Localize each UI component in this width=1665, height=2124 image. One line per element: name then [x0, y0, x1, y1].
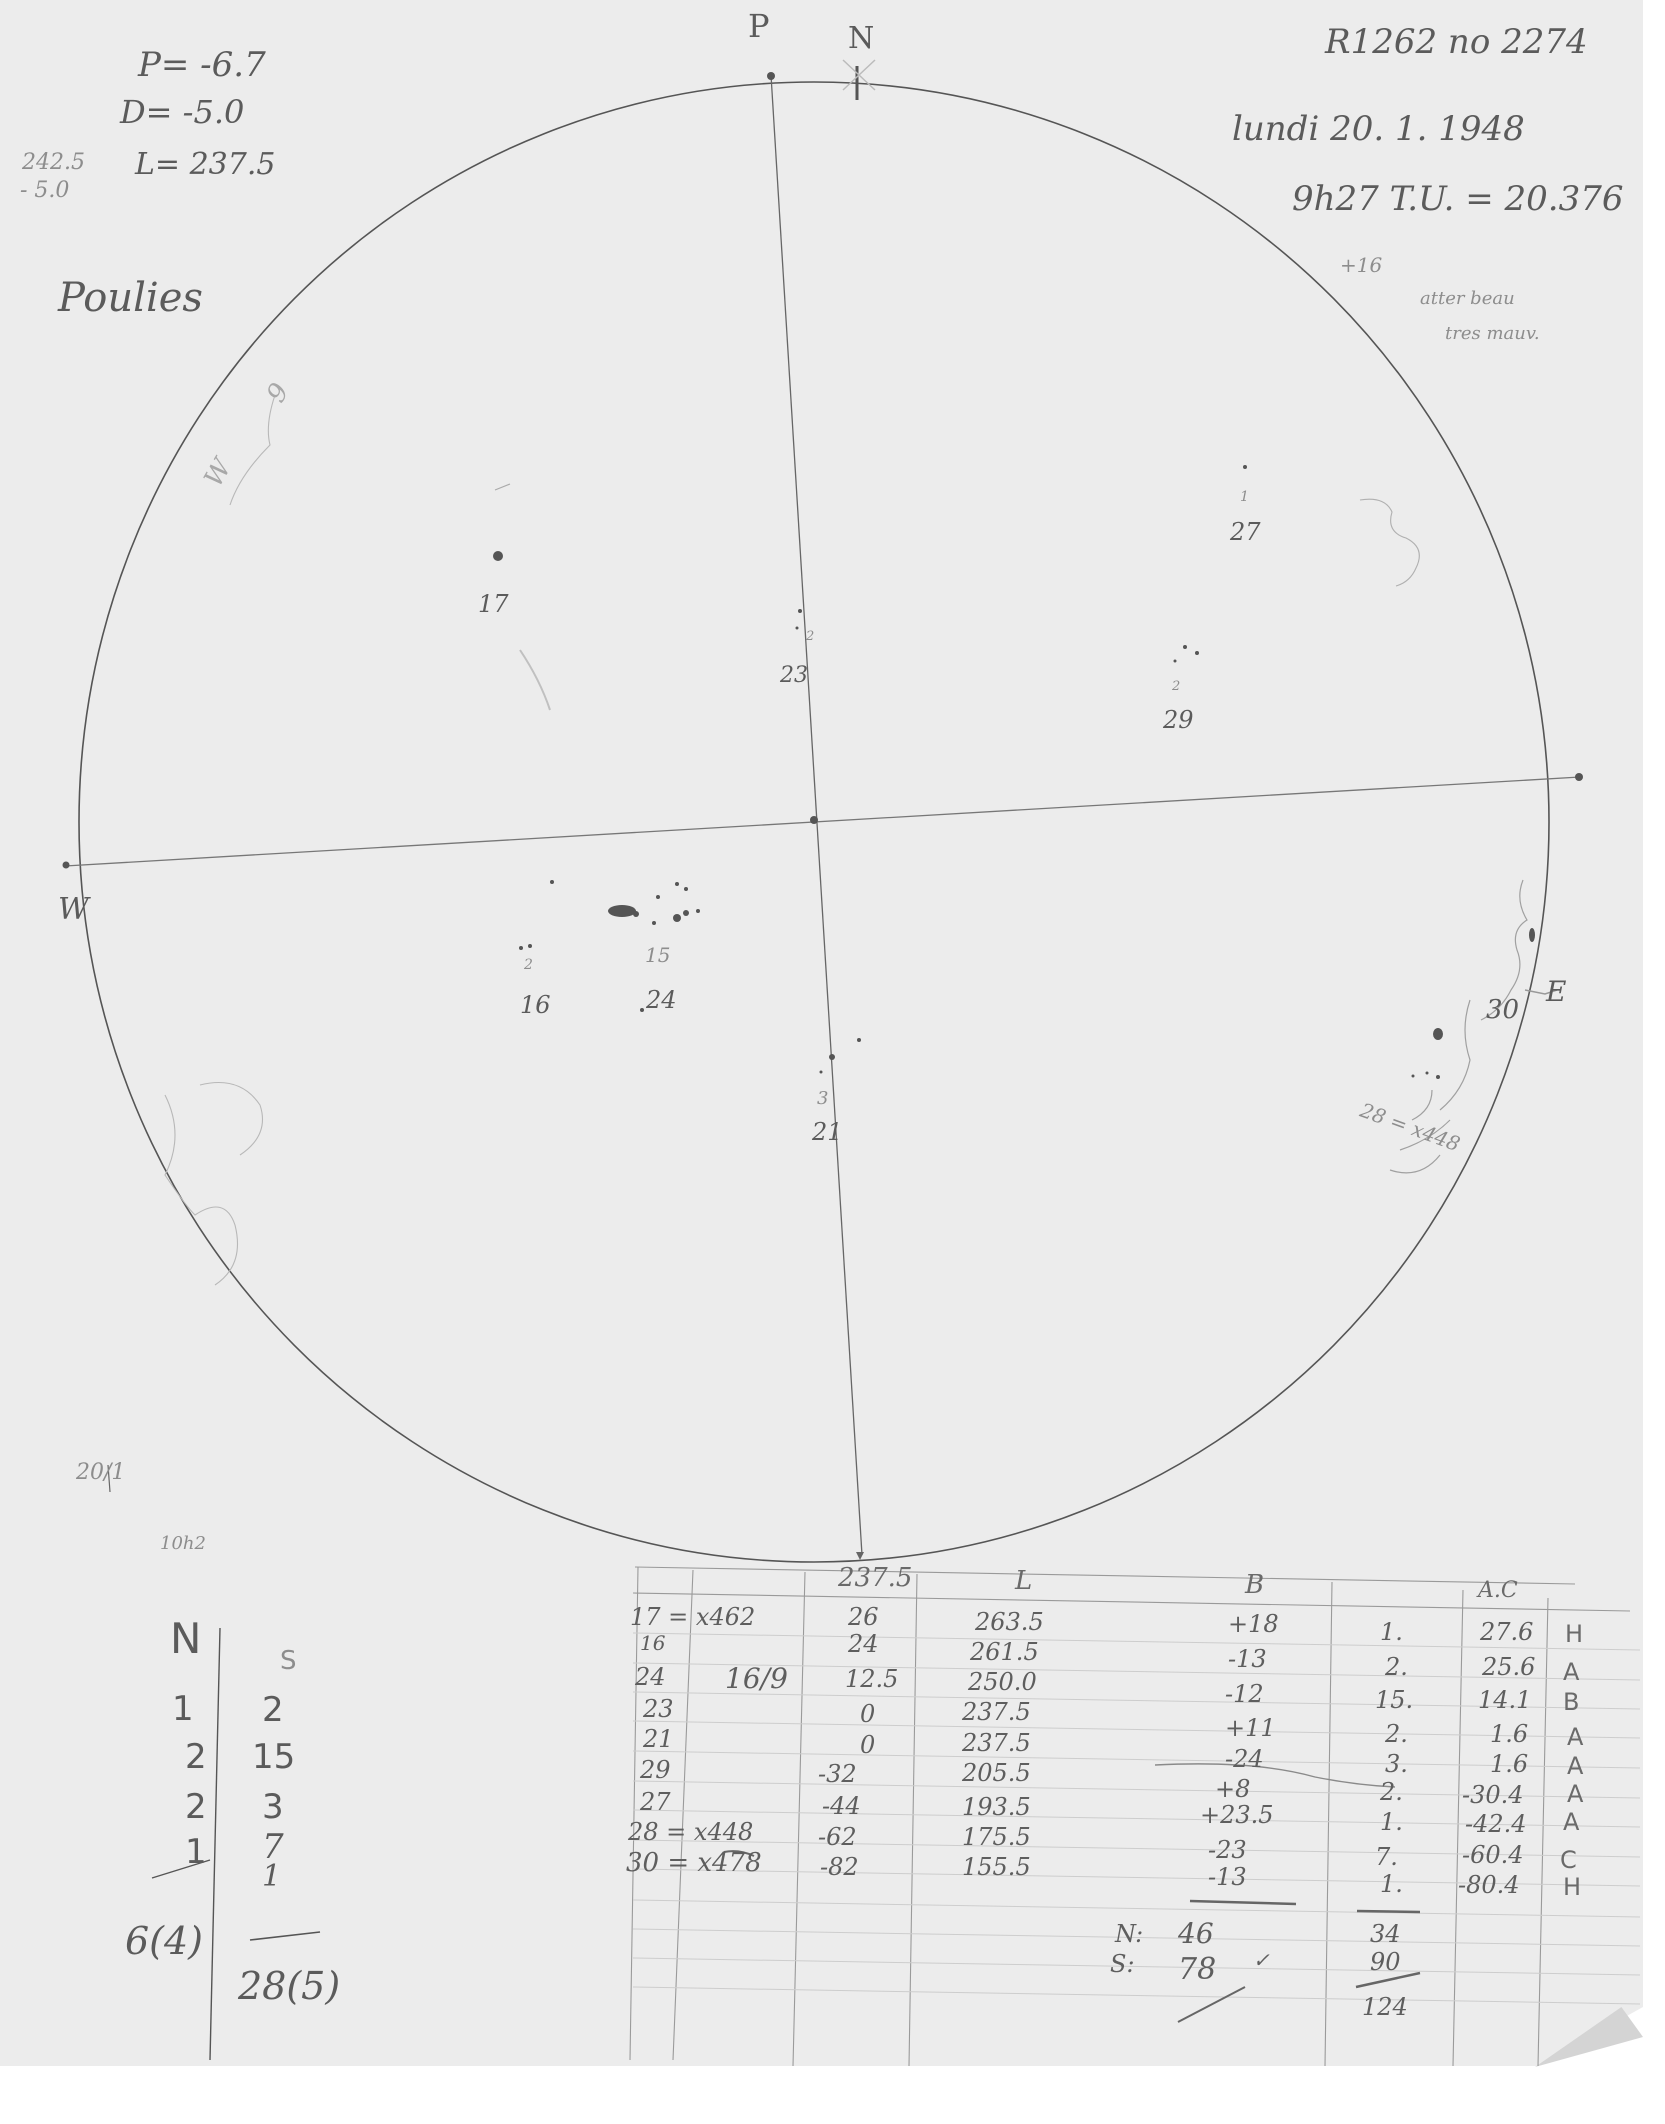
- east-label: E: [1546, 978, 1566, 1006]
- cell-id: 16: [640, 1633, 665, 1653]
- region-label-30: 30: [1486, 997, 1519, 1023]
- tally-header-N: N: [170, 1618, 201, 1660]
- observation-date: lundi 20. 1. 1948: [1232, 112, 1525, 146]
- count-grand-total: 124: [1362, 1995, 1408, 2019]
- tally-S-5: 1: [262, 1862, 281, 1892]
- east-west-line: [65, 777, 1580, 866]
- observation-time: 9h27 T.U. = 20.376: [1292, 182, 1624, 216]
- region-label-21: 21: [812, 1120, 843, 1144]
- total-S-value: 78: [1178, 1955, 1216, 1985]
- cell-id: 24: [635, 1665, 666, 1689]
- region-count-16: 2: [524, 958, 533, 972]
- cell-type: H: [1565, 1622, 1583, 1646]
- header-B: B: [1245, 1572, 1264, 1598]
- cell-B: -24: [1225, 1747, 1264, 1771]
- cell-dl: 0: [860, 1702, 875, 1726]
- cell-id: 28 = x448: [628, 1820, 753, 1844]
- cell-dl: -62: [818, 1825, 857, 1849]
- param-P: P= -6.7: [138, 48, 266, 82]
- cell-L: 155.5: [962, 1855, 1031, 1879]
- region-count-21: 3: [817, 1090, 828, 1108]
- cell-ac: 27.6: [1480, 1620, 1533, 1644]
- cell-id: 27: [640, 1790, 671, 1814]
- cell-ac: -42.4: [1465, 1812, 1527, 1836]
- cell-id: 17 = x462: [630, 1605, 755, 1629]
- cell-type: A: [1567, 1754, 1583, 1778]
- cell-ac: 1.6: [1490, 1722, 1528, 1746]
- cell-dl: -82: [820, 1855, 859, 1879]
- cell-type: A: [1567, 1725, 1583, 1749]
- axis-label-P: P: [748, 10, 770, 42]
- cell-id: 23: [643, 1697, 674, 1721]
- cell-B: +23.5: [1200, 1803, 1274, 1827]
- cell-ac: -60.4: [1462, 1843, 1524, 1867]
- cell-L: 263.5: [975, 1610, 1044, 1634]
- date-mark: 20/1: [76, 1462, 125, 1484]
- cell-count: 1.: [1380, 1620, 1403, 1644]
- faculae-northeast: [1360, 499, 1419, 586]
- cell-type: C: [1560, 1848, 1577, 1872]
- time-mark: 10h2: [160, 1535, 206, 1553]
- record-id: R1262 no 2274: [1325, 25, 1588, 59]
- region-label-24: 24: [646, 988, 677, 1012]
- region-label-16: 16: [520, 993, 551, 1017]
- cell-B: -13: [1228, 1647, 1267, 1671]
- cell-L: 205.5: [962, 1761, 1031, 1785]
- tally-header-S: S: [280, 1648, 297, 1674]
- cell-ac: 25.6: [1482, 1655, 1535, 1679]
- region-count-24: 15: [645, 945, 670, 965]
- cell-L: 237.5: [962, 1731, 1031, 1755]
- param-D: D= -5.0: [120, 96, 244, 128]
- param-L: L= 237.5: [135, 150, 275, 180]
- cell-type: H: [1563, 1875, 1581, 1899]
- cell-type: A: [1563, 1810, 1579, 1834]
- region-label-29: 29: [1163, 708, 1194, 732]
- count-S-total: 90: [1370, 1950, 1401, 1974]
- param-side-note-2: - 5.0: [20, 180, 69, 202]
- region-count-27: 1: [1240, 490, 1249, 504]
- tally-S-2: 15: [252, 1740, 295, 1774]
- axis-P-line: [771, 75, 862, 1555]
- west-label: W: [58, 895, 89, 925]
- cell-count: 2.: [1385, 1655, 1408, 1679]
- cell-dl: 24: [848, 1632, 879, 1656]
- cell-ac: -80.4: [1458, 1873, 1520, 1897]
- cell-L: 237.5: [962, 1700, 1031, 1724]
- cell-L: 261.5: [970, 1640, 1039, 1664]
- cell-L: 175.5: [962, 1825, 1031, 1849]
- count-N-total: 34: [1370, 1922, 1401, 1946]
- tally-N-3: 2: [185, 1790, 207, 1824]
- cell-id: 21: [643, 1727, 674, 1751]
- cell-count: 1.: [1380, 1810, 1403, 1834]
- cell-ac: 1.6: [1490, 1752, 1528, 1776]
- cell-count: 2.: [1385, 1722, 1408, 1746]
- cell-id: 30 = x478: [626, 1850, 762, 1876]
- region-label-27: 27: [1230, 520, 1261, 544]
- tally-S-1: 2: [262, 1693, 284, 1727]
- cell-ac: 14.1: [1478, 1688, 1531, 1712]
- tally-S-total: 28(5): [238, 1967, 340, 2005]
- cell-type: A: [1567, 1782, 1583, 1806]
- conditions-line-1: atter beau: [1420, 290, 1515, 308]
- tally-N-2: 2: [185, 1740, 207, 1774]
- cell-count: 3.: [1385, 1752, 1408, 1776]
- conditions-line-2: tres mauv.: [1445, 325, 1540, 343]
- cell-ac: -30.4: [1462, 1783, 1524, 1807]
- total-check-mark: ✓: [1253, 1950, 1270, 1970]
- region-label-17: 17: [478, 592, 509, 616]
- cell-B: -12: [1225, 1682, 1264, 1706]
- total-N-value: 46: [1178, 1920, 1214, 1948]
- cell-count: 1.: [1380, 1872, 1403, 1896]
- cell-B: -13: [1208, 1865, 1247, 1889]
- cell-count: 15.: [1375, 1688, 1413, 1712]
- cell-L: 250.0: [968, 1670, 1037, 1694]
- cell-id: 29: [640, 1758, 671, 1782]
- cell-note: 16/9: [725, 1665, 788, 1693]
- disk-center: [810, 816, 818, 824]
- header-dl: 237.5: [838, 1565, 912, 1591]
- faculae-west: [165, 395, 275, 1285]
- cell-dl: -44: [822, 1794, 861, 1818]
- cell-B: +18: [1228, 1612, 1279, 1636]
- header-AC: A.C: [1478, 1580, 1518, 1602]
- observer-name: Poulies: [58, 278, 203, 318]
- cell-dl: 0: [860, 1733, 875, 1757]
- header-L: L: [1015, 1568, 1032, 1594]
- cell-type: A: [1563, 1660, 1579, 1684]
- offset-note: +16: [1340, 255, 1382, 275]
- total-S-label: S:: [1110, 1952, 1135, 1976]
- tally-S-3: 3: [262, 1790, 284, 1824]
- total-N-label: N:: [1115, 1922, 1143, 1946]
- cell-count: 2.: [1380, 1780, 1403, 1804]
- tally-N-4: 1: [185, 1835, 207, 1869]
- cell-dl: -32: [818, 1762, 857, 1786]
- region-label-23: 23: [780, 665, 808, 687]
- cell-type: B: [1563, 1690, 1579, 1714]
- param-side-note-1: 242.5: [22, 152, 85, 174]
- cell-B: -23: [1208, 1838, 1247, 1862]
- cell-dl: 26: [848, 1605, 879, 1629]
- cell-L: 193.5: [962, 1795, 1031, 1819]
- axis-label-N: N: [848, 24, 874, 54]
- tally-N-1: 1: [172, 1692, 194, 1726]
- cell-B: +11: [1225, 1716, 1276, 1740]
- region-count-29: 2: [1172, 680, 1180, 693]
- cell-count: 7.: [1375, 1845, 1398, 1869]
- region-count-23: 2: [806, 630, 814, 643]
- tally-N-total: 6(4): [125, 1922, 203, 1960]
- cell-B: +8: [1215, 1777, 1250, 1801]
- cell-dl: 12.5: [845, 1667, 898, 1691]
